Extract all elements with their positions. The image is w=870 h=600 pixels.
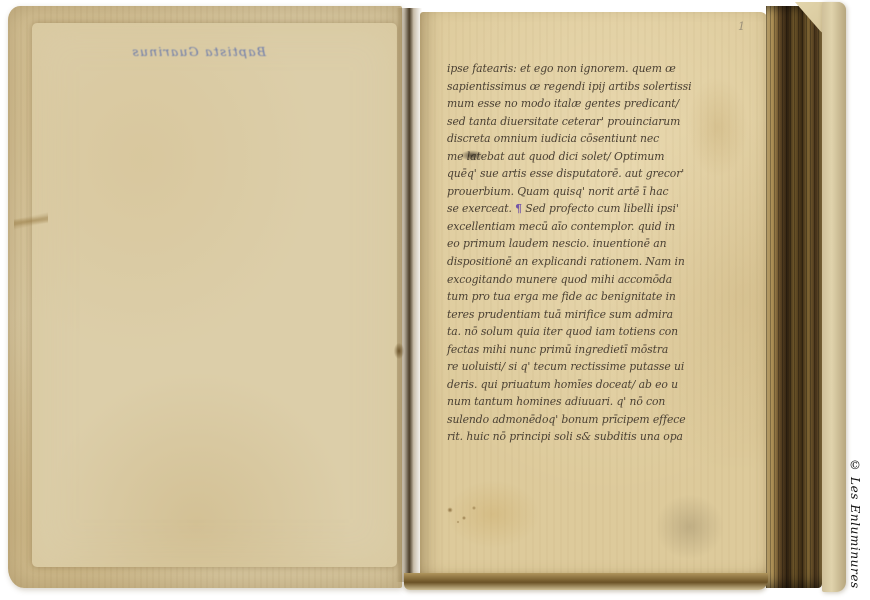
manuscript-line: sed tanta diuersitate ceterar' prouincia… (447, 113, 703, 131)
bottom-page-edges (404, 573, 768, 590)
ink-smudge (458, 149, 486, 162)
manuscript-line: sapientissimus œ regendi ipij artibs sol… (447, 78, 703, 96)
manuscript-line: mum esse no modo italæ gentes predicant/ (447, 95, 703, 113)
manuscript-line: ipse fatearis: et ego non ignorem. quem … (447, 60, 703, 78)
stain (642, 482, 737, 572)
manuscript-text-block: ipse fatearis: et ego non ignorem. quem … (447, 60, 703, 446)
manuscript-line: quēq' sue artis esse disputatorē. aut gr… (447, 165, 703, 183)
mirrored-blue-inscription: Baptista Guarinus (134, 44, 266, 59)
manuscript-line: tum pro tua erga me fide ac benignitate … (447, 288, 703, 306)
manuscript-book-photo: Baptista Guarinus 1 ipse fatearis: et eg… (0, 0, 870, 600)
parchment-crease (14, 156, 48, 286)
manuscript-line: prouerbium. Quam quisq' norit artē ī hac (447, 183, 703, 201)
folio-number: 1 (738, 20, 745, 33)
book-gutter (396, 8, 422, 582)
manuscript-line: sulendo admonēdoq' bonum prīcipem effece (447, 411, 703, 429)
manuscript-line: re uoluisti/ si q' tecum rectissime puta… (447, 358, 703, 376)
gutter-wormhole (392, 340, 406, 362)
manuscript-line: teres prudentiam tuā mirifice sum admira (447, 306, 703, 324)
manuscript-line: deris. qui priuatum homīes doceat/ ab eo… (447, 376, 703, 394)
photo-credit: © Les Enluminures (848, 458, 862, 598)
right-manuscript-page: 1 ipse fatearis: et ego non ignorem. que… (420, 12, 768, 578)
stain (440, 500, 486, 528)
manuscript-line: num tantum homines adiuuari. q' nō con (447, 393, 703, 411)
left-page-inside-cover: Baptista Guarinus (8, 6, 402, 588)
cover-turn-in-panel (32, 23, 397, 567)
manuscript-line: dispositionē an explicandi rationem. Nam… (447, 253, 703, 271)
cover-fore-edge (822, 2, 846, 592)
manuscript-line: ta. nō solum quia iter quod iam totiens … (447, 323, 703, 341)
pilcrow-mark: ¶ (515, 202, 522, 215)
manuscript-line: eo primum laudem nescio. inuentionē an (447, 235, 703, 253)
fore-edge-page-stack (766, 6, 822, 588)
manuscript-line: excellentiam mecū aīo contemplor. quid i… (447, 218, 703, 236)
manuscript-line: rit. huic nō principi soli s& subditis u… (447, 428, 703, 446)
manuscript-line: se exerceat. ¶ Sed profecto cum libelli … (447, 200, 703, 218)
manuscript-line: discreta omnium iudicia cōsentiunt nec (447, 130, 703, 148)
manuscript-line: fectas mihi nunc primū ingredietī mōstra (447, 341, 703, 359)
manuscript-line: excogitando munere quod mihi accomōda (447, 271, 703, 289)
